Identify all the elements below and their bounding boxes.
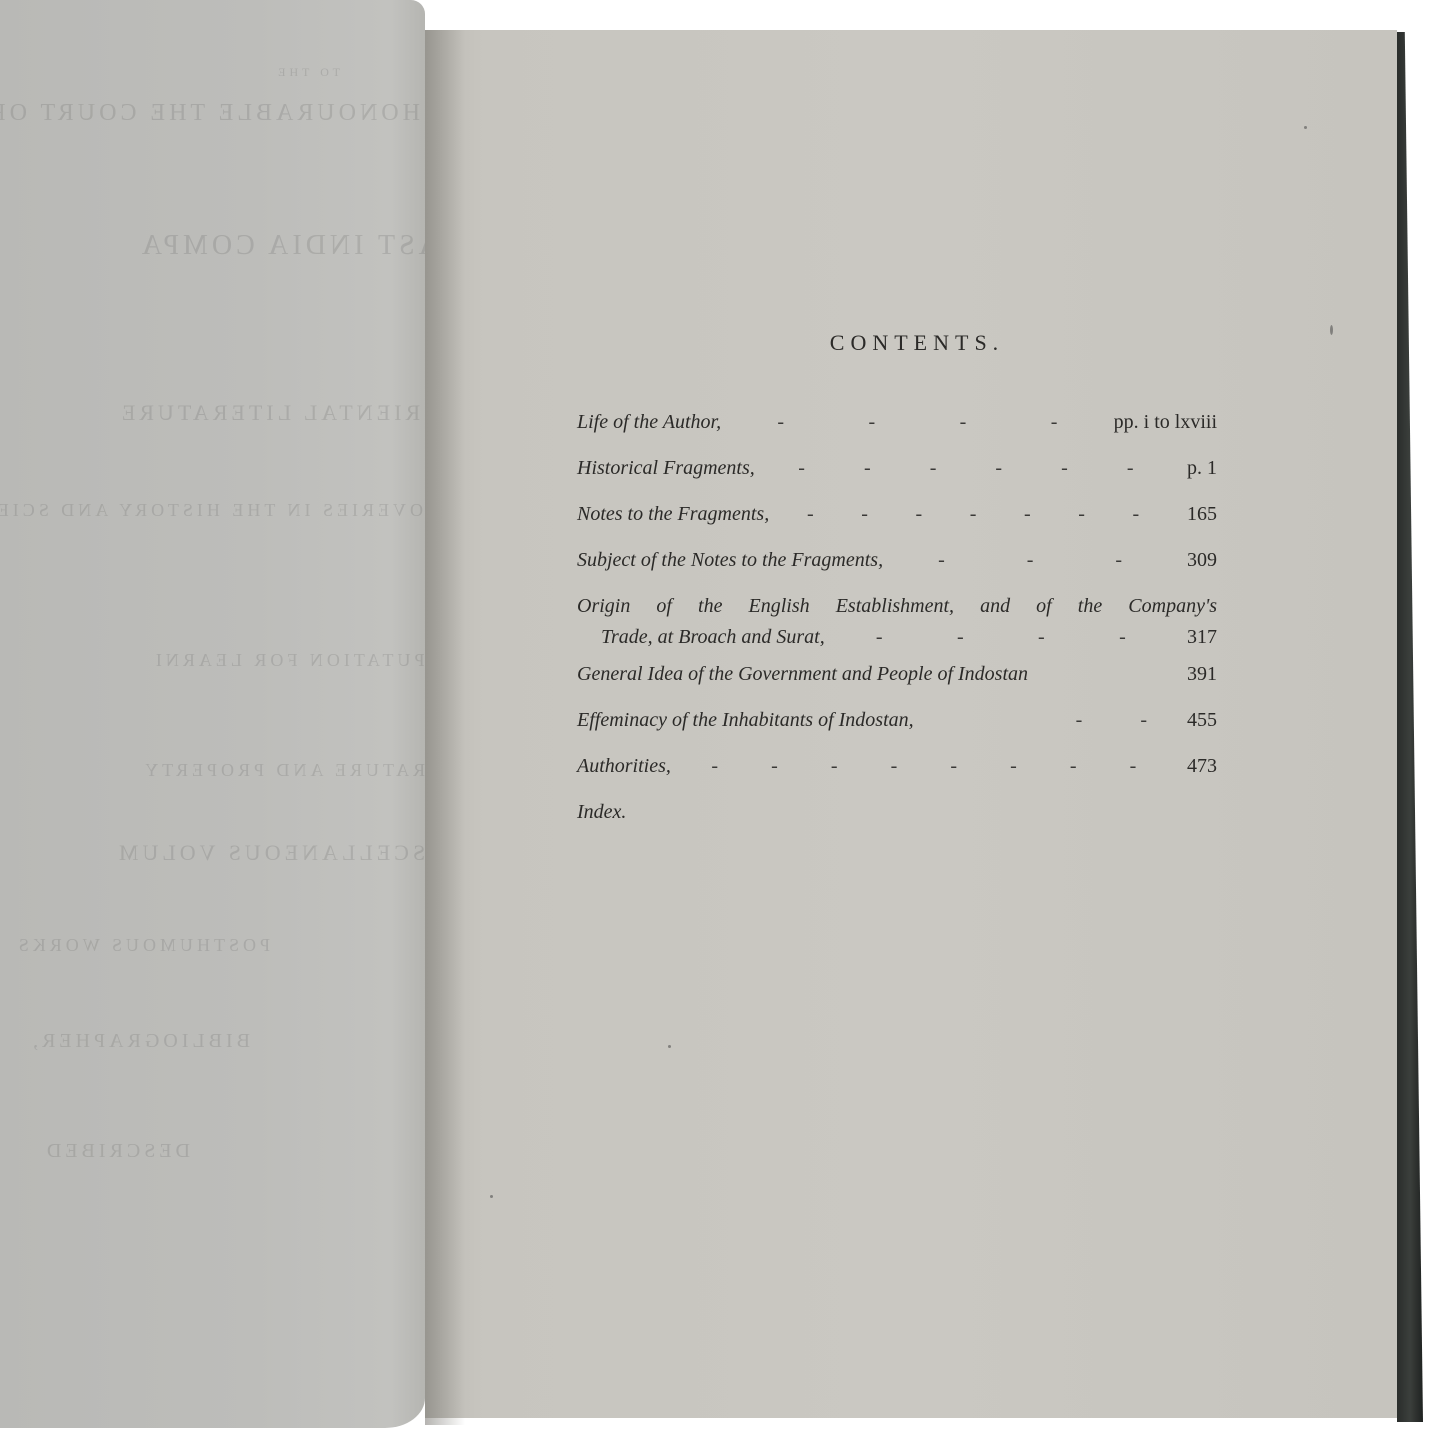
toc-leaders: ------- [769,503,1177,526]
contents-title: CONTENTS. [577,330,1217,356]
toc-entry: Index. [577,801,1217,847]
toc-label-line1: Origin of the English Establishment, and… [577,595,1217,618]
toc-entry: Subject of the Notes to the Fragments, -… [577,549,1217,595]
toc-label: General Idea of the Government and Peopl… [577,663,1028,686]
contents-page: CONTENTS. Life of the Author, ---- pp. i… [577,330,1217,847]
bleed-line: HONOURABLE THE COURT OF [0,100,420,127]
gutter-shadow [425,30,465,1425]
paper-speck [1304,126,1307,129]
paper-speck [1330,325,1333,335]
toc-page: 391 [1177,663,1217,686]
toc-entry: General Idea of the Government and Peopl… [577,663,1217,709]
toc-page: 473 [1177,755,1217,778]
toc-entry: Historical Fragments, ------ p. 1 [577,457,1217,503]
toc-label: Historical Fragments, [577,457,755,480]
toc-page: 317 [1177,626,1217,649]
toc-label: Notes to the Fragments, [577,503,769,526]
toc-entry: Life of the Author, ---- pp. i to lxviii [577,411,1217,457]
toc-page: p. 1 [1177,457,1217,480]
left-page-verso: TO THE HONOURABLE THE COURT OF EAST INDI… [0,0,425,1428]
toc-leaders: ---- [825,626,1177,649]
toc-leaders: --- [883,549,1177,572]
bleed-line: MISCELLANEOUS VOLUM [115,840,425,866]
toc-page: 455 [1177,709,1217,732]
bleedthrough-ghost [570,150,1230,199]
toc-page: 165 [1177,503,1217,526]
bleed-line: POSTHUMOUS WORKS [15,935,270,956]
toc-entry: Authorities, -------- 473 [577,755,1217,801]
toc-leaders: ---- [721,411,1114,434]
toc-label: Authorities, [577,755,671,778]
toc-label: Subject of the Notes to the Fragments, [577,549,883,572]
toc-label-line2: Trade, at Broach and Surat, [601,626,825,649]
bleed-line: TO THE [274,65,340,80]
bleed-line: A REPUTATION FOR LEARNI [152,650,425,671]
paper-speck [668,1045,671,1048]
toc-label: Index. [577,801,626,824]
toc-label: Effeminacy of the Inhabitants of Indosta… [577,709,914,732]
toc-entry: Effeminacy of the Inhabitants of Indosta… [577,709,1217,755]
bleedthrough-text: TO THE HONOURABLE THE COURT OF EAST INDI… [0,0,420,1428]
toc-entry: Origin of the English Establishment, and… [577,595,1217,649]
bleed-line: LITERATURE AND PROPERTY [141,760,425,781]
book-cover-edge [1397,32,1423,1422]
bleed-line: BIBLIOGRAPHER, [29,1030,250,1053]
toc-page: 309 [1177,549,1217,572]
bleed-line: DESCRIBED [43,1140,190,1163]
bleed-line: ORIENTAL LITERATURE [118,400,425,426]
paper-speck [490,1195,493,1198]
toc-page: pp. i to lxviii [1114,411,1217,434]
bleed-line: DISCOVERIES IN THE HISTORY AND SCIEN [0,500,425,521]
toc-label: Life of the Author, [577,411,721,434]
toc-leaders: -------- [671,755,1177,778]
toc-entry: Notes to the Fragments, ------- 165 [577,503,1217,549]
bleed-line: EAST INDIA COMPA [138,230,425,262]
toc-leaders: -- [914,709,1177,732]
toc-leaders: ------ [755,457,1177,480]
